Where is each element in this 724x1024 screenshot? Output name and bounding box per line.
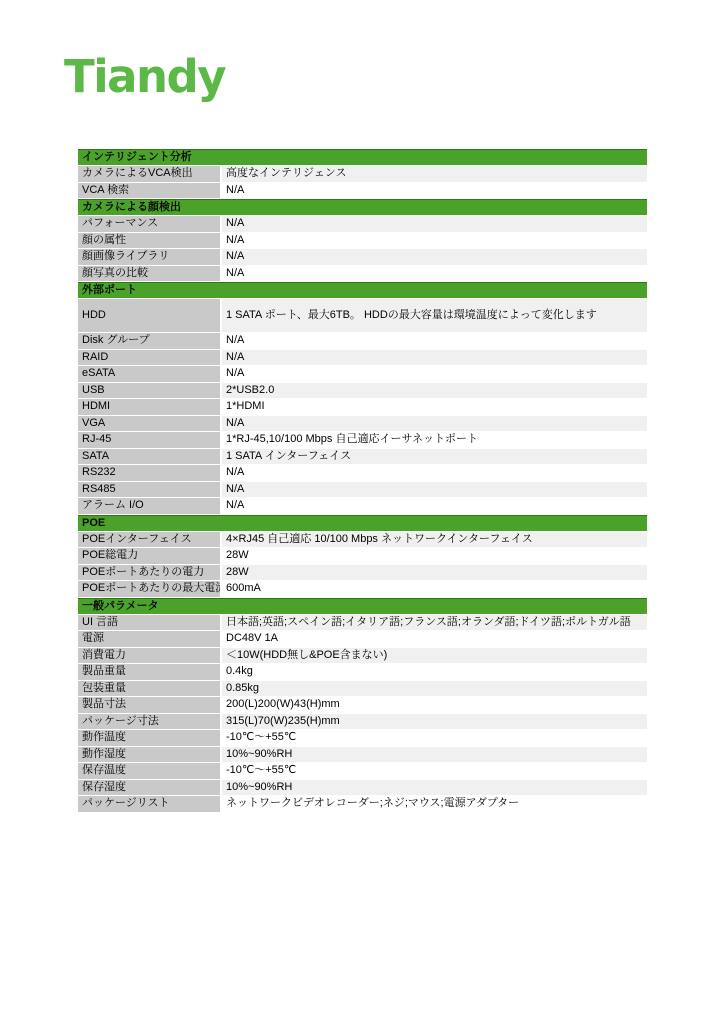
spec-label: UI 言語 [78, 615, 220, 631]
table-row: UI 言語日本語;英語;スペイン語;イタリア語;フランス語;オランダ語;ドイツ語… [78, 615, 647, 631]
spec-label: 製品重量 [78, 664, 220, 680]
tiandy-logo: Tiandy [64, 50, 225, 103]
table-row: RS232N/A [78, 465, 647, 481]
spec-value: 10%~90%RH [222, 747, 647, 763]
spec-value: -10℃～+55℃ [222, 730, 647, 746]
spec-value: N/A [222, 249, 647, 265]
spec-value: 2*USB2.0 [222, 383, 647, 399]
spec-label: パッケージリスト [78, 796, 220, 812]
table-row: POEポートあたりの最大電流600mA [78, 581, 647, 597]
table-row: POEインターフェイス4×RJ45 自己適応 10/100 Mbps ネットワー… [78, 532, 647, 548]
spec-label: POE総電力 [78, 548, 220, 564]
spec-value: N/A [222, 183, 647, 199]
table-row: RJ-451*RJ-45,10/100 Mbps 自己適応イーサネットポート [78, 432, 647, 448]
table-row: HDMI1*HDMI [78, 399, 647, 415]
spec-label: POEポートあたりの電力 [78, 565, 220, 581]
table-row: 製品重量0.4kg [78, 664, 647, 680]
spec-label: 包装重量 [78, 681, 220, 697]
spec-label: 消費電力 [78, 648, 220, 664]
spec-label: 動作湿度 [78, 747, 220, 763]
table-row: VGAN/A [78, 416, 647, 432]
spec-value: -10℃～+55℃ [222, 763, 647, 779]
spec-value: 日本語;英語;スペイン語;イタリア語;フランス語;オランダ語;ドイツ語;ポルトガ… [222, 615, 647, 631]
spec-value: 4×RJ45 自己適応 10/100 Mbps ネットワークインターフェイス [222, 532, 647, 548]
section-header: インテリジェント分析 [78, 149, 647, 165]
spec-value: N/A [222, 366, 647, 382]
spec-label: RS485 [78, 482, 220, 498]
spec-value: ネットワークビデオレコーダー;ネジ;マウス;電源アダプター [222, 796, 647, 812]
section-header: カメラによる顔検出 [78, 199, 647, 215]
table-row: RS485N/A [78, 482, 647, 498]
table-row: RAIDN/A [78, 350, 647, 366]
spec-value: 1*HDMI [222, 399, 647, 415]
spec-label: 製品寸法 [78, 697, 220, 713]
table-row: SATA1 SATA インターフェイス [78, 449, 647, 465]
table-row: 顔写真の比較N/A [78, 266, 647, 282]
spec-value: 200(L)200(W)43(H)mm [222, 697, 647, 713]
spec-value: 0.85kg [222, 681, 647, 697]
spec-value: 1 SATA インターフェイス [222, 449, 647, 465]
spec-value: 28W [222, 548, 647, 564]
spec-label: HDD [78, 299, 220, 332]
spec-value: DC48V 1A [222, 631, 647, 647]
spec-value: 10%~90%RH [222, 780, 647, 796]
section-header: POE [78, 515, 647, 531]
table-row: 顔の属性N/A [78, 233, 647, 249]
spec-value: 1*RJ-45,10/100 Mbps 自己適応イーサネットポート [222, 432, 647, 448]
specification-table: インテリジェント分析カメラによるVCA検出高度なインテリジェンスVCA 検索N/… [78, 149, 647, 813]
spec-value: N/A [222, 498, 647, 514]
spec-label: 顔の属性 [78, 233, 220, 249]
spec-label: RAID [78, 350, 220, 366]
spec-label: パフォーマンス [78, 216, 220, 232]
spec-label: 動作温度 [78, 730, 220, 746]
spec-value: N/A [222, 465, 647, 481]
spec-value: 315(L)70(W)235(H)mm [222, 714, 647, 730]
table-row: アラーム I/ON/A [78, 498, 647, 514]
spec-value: ＜10W(HDD無し&POE含まない) [222, 648, 647, 664]
spec-label: RS232 [78, 465, 220, 481]
table-row: 消費電力＜10W(HDD無し&POE含まない) [78, 648, 647, 664]
spec-value: 0.4kg [222, 664, 647, 680]
spec-label: カメラによるVCA検出 [78, 166, 220, 182]
spec-value: N/A [222, 333, 647, 349]
section-header: 一般パラメータ [78, 598, 647, 614]
spec-label: アラーム I/O [78, 498, 220, 514]
table-row: 包装重量0.85kg [78, 681, 647, 697]
table-row: eSATAN/A [78, 366, 647, 382]
table-row: 製品寸法200(L)200(W)43(H)mm [78, 697, 647, 713]
spec-value: 高度なインテリジェンス [222, 166, 647, 182]
table-row: 動作温度-10℃～+55℃ [78, 730, 647, 746]
table-row: パッケージ寸法315(L)70(W)235(H)mm [78, 714, 647, 730]
table-row: 動作湿度10%~90%RH [78, 747, 647, 763]
table-row: 保存温度-10℃～+55℃ [78, 763, 647, 779]
spec-label: POEインターフェイス [78, 532, 220, 548]
table-row: HDD1 SATA ポート、最大6TB。 HDDの最大容量は環境温度によって変化… [78, 299, 647, 332]
spec-label: 保存湿度 [78, 780, 220, 796]
table-row: パッケージリストネットワークビデオレコーダー;ネジ;マウス;電源アダプター [78, 796, 647, 812]
spec-value: N/A [222, 266, 647, 282]
spec-value: N/A [222, 216, 647, 232]
spec-value: N/A [222, 482, 647, 498]
spec-label: パッケージ寸法 [78, 714, 220, 730]
spec-value: N/A [222, 233, 647, 249]
table-row: 電源DC48V 1A [78, 631, 647, 647]
spec-label: SATA [78, 449, 220, 465]
table-row: パフォーマンスN/A [78, 216, 647, 232]
spec-label: 保存温度 [78, 763, 220, 779]
table-row: VCA 検索N/A [78, 183, 647, 199]
table-row: POE総電力28W [78, 548, 647, 564]
spec-label: 顔写真の比較 [78, 266, 220, 282]
spec-value: 1 SATA ポート、最大6TB。 HDDの最大容量は環境温度によって変化します [222, 299, 647, 332]
spec-value: N/A [222, 416, 647, 432]
spec-label: POEポートあたりの最大電流 [78, 581, 220, 597]
spec-label: eSATA [78, 366, 220, 382]
spec-label: VGA [78, 416, 220, 432]
spec-value: N/A [222, 350, 647, 366]
table-row: カメラによるVCA検出高度なインテリジェンス [78, 166, 647, 182]
spec-label: USB [78, 383, 220, 399]
spec-label: Disk グループ [78, 333, 220, 349]
spec-value: 600mA [222, 581, 647, 597]
table-row: 顔画像ライブラリN/A [78, 249, 647, 265]
table-row: Disk グループN/A [78, 333, 647, 349]
spec-label: 電源 [78, 631, 220, 647]
section-header: 外部ポート [78, 282, 647, 298]
spec-sheet-page: Tiandy インテリジェント分析カメラによるVCA検出高度なインテリジェンスV… [0, 0, 724, 1024]
table-row: USB2*USB2.0 [78, 383, 647, 399]
spec-value: 28W [222, 565, 647, 581]
spec-label: RJ-45 [78, 432, 220, 448]
spec-label: HDMI [78, 399, 220, 415]
table-row: POEポートあたりの電力28W [78, 565, 647, 581]
spec-label: 顔画像ライブラリ [78, 249, 220, 265]
table-row: 保存湿度10%~90%RH [78, 780, 647, 796]
spec-label: VCA 検索 [78, 183, 220, 199]
